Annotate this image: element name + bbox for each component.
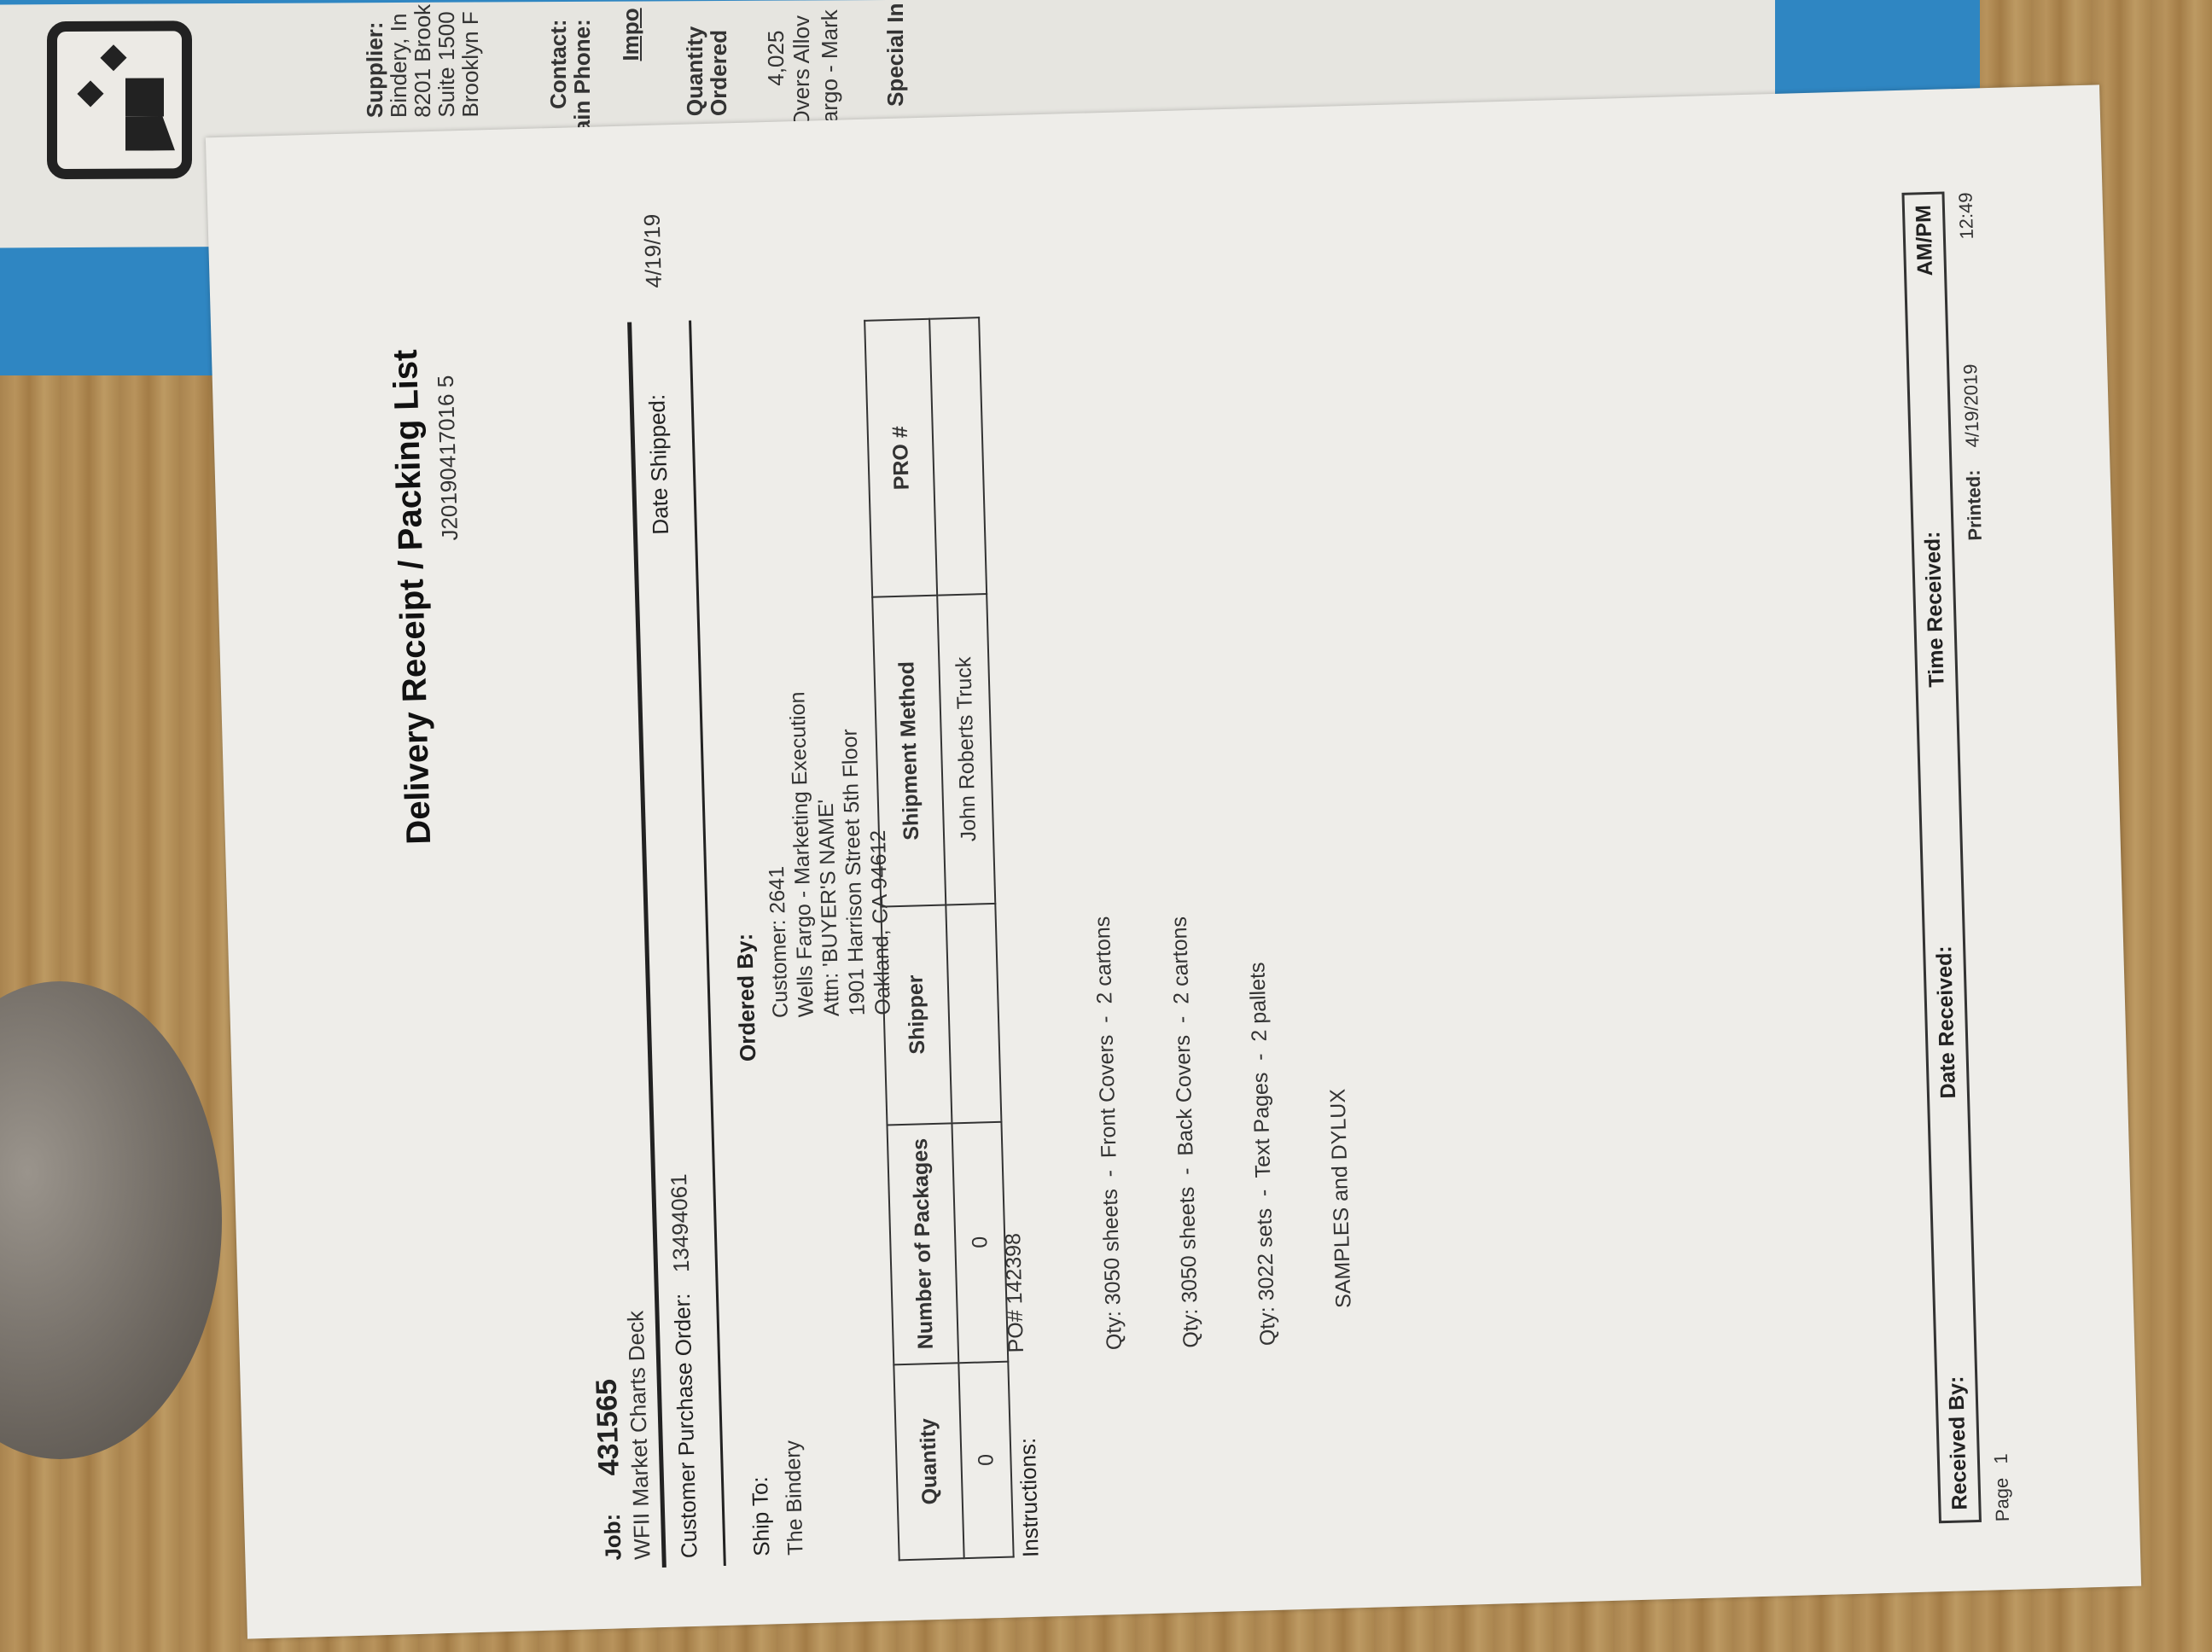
instructions-po: PO# 142398 bbox=[1000, 1233, 1029, 1353]
page-label: Page bbox=[1991, 1477, 2013, 1521]
cell-quantity: 0 bbox=[958, 1362, 1013, 1559]
special-instructions-label: Special In bbox=[883, 3, 907, 107]
date-shipped-value: 4/19/19 bbox=[639, 213, 667, 288]
important-label: Impo bbox=[619, 8, 643, 61]
printed-time: 12:49 bbox=[1954, 192, 1977, 240]
customer-po-line: Customer Purchase Order: 13494061 bbox=[666, 1173, 703, 1559]
date-received-label: Date Received: bbox=[1924, 687, 1960, 1099]
quantity-ordered-value: 4,025 bbox=[764, 31, 788, 86]
cell-shipper bbox=[946, 903, 1001, 1123]
time-received-label: Time Received: bbox=[1913, 276, 1949, 688]
supplier-line: Brooklyn F bbox=[458, 4, 482, 118]
customer-po-label: Customer Purchase Order: bbox=[669, 1293, 702, 1558]
date-shipped-line: Date Shipped: 4/19/19 bbox=[639, 213, 674, 535]
delivery-receipt-document: Delivery Receipt / Packing List J2019041… bbox=[206, 84, 2141, 1638]
printed-stamp: Printed: 4/19/2019 12:49 bbox=[1953, 192, 1988, 541]
quantity-ordered-label: Quantity Ordered bbox=[683, 14, 731, 116]
ship-to-value: The Bindery bbox=[780, 1440, 809, 1556]
document-title: Delivery Receipt / Packing List bbox=[387, 349, 439, 845]
printed-label: Printed: bbox=[1963, 469, 1986, 541]
computer-mouse bbox=[0, 981, 222, 1459]
ship-to-label: Ship To: bbox=[747, 1476, 776, 1556]
job-label: Job: bbox=[599, 1513, 626, 1561]
supplier-block: Supplier: Bindery, In 8201 Brook Suite 1… bbox=[363, 4, 482, 119]
instruction-line: Qty: 3050 sheets - Front Covers - 2 cart… bbox=[1090, 916, 1127, 1350]
shipment-table-wrap: Quantity Number of Packages Shipper Ship… bbox=[864, 317, 1015, 1561]
instruction-line: Qty: 3050 sheets - Back Covers - 2 carto… bbox=[1167, 914, 1204, 1348]
date-shipped-label: Date Shipped: bbox=[643, 393, 673, 535]
instruction-line: SAMPLES and DYLUX bbox=[1320, 910, 1358, 1344]
supplier-line: Suite 1500 bbox=[434, 4, 458, 118]
supplier-line: Bindery, In bbox=[387, 4, 410, 118]
shipment-table: Quantity Number of Packages Shipper Ship… bbox=[864, 317, 1015, 1561]
cell-pro-number bbox=[929, 317, 987, 596]
instructions-label: Instructions: bbox=[1015, 1437, 1045, 1557]
customer-po-value: 13494061 bbox=[666, 1173, 694, 1272]
instructions-block: Qty: 3050 sheets - Front Covers - 2 cart… bbox=[1039, 908, 1409, 1352]
col-quantity: Quantity bbox=[894, 1363, 963, 1560]
job-number: 431565 bbox=[591, 1378, 626, 1475]
printed-date: 4/19/2019 bbox=[1959, 364, 1983, 448]
job-line: Job: 431565 bbox=[591, 1378, 629, 1561]
received-by-label: Received By: bbox=[1936, 1098, 1972, 1510]
col-number-of-packages: Number of Packages bbox=[887, 1123, 958, 1364]
cell-shipment-method: John Roberts Truck bbox=[937, 594, 995, 905]
ordered-by-label: Ordered By: bbox=[731, 933, 761, 1062]
page-indicator: Page 1 bbox=[1988, 1453, 2016, 1522]
page-number: 1 bbox=[1990, 1453, 2011, 1464]
company-logo-icon bbox=[47, 20, 192, 179]
col-pro-number: PRO # bbox=[864, 319, 937, 597]
document-number: J20190417016 5 bbox=[433, 375, 463, 541]
instruction-line: Qty: 3022 sets - Text Pages - 2 pallets bbox=[1243, 911, 1281, 1346]
col-shipper: Shipper bbox=[881, 905, 952, 1125]
ampm-label: AM/PM bbox=[1911, 205, 1937, 276]
supplier-line: 8201 Brook bbox=[410, 4, 434, 118]
supplier-label: Supplier: bbox=[363, 4, 387, 118]
col-shipment-method: Shipment Method bbox=[872, 596, 946, 906]
